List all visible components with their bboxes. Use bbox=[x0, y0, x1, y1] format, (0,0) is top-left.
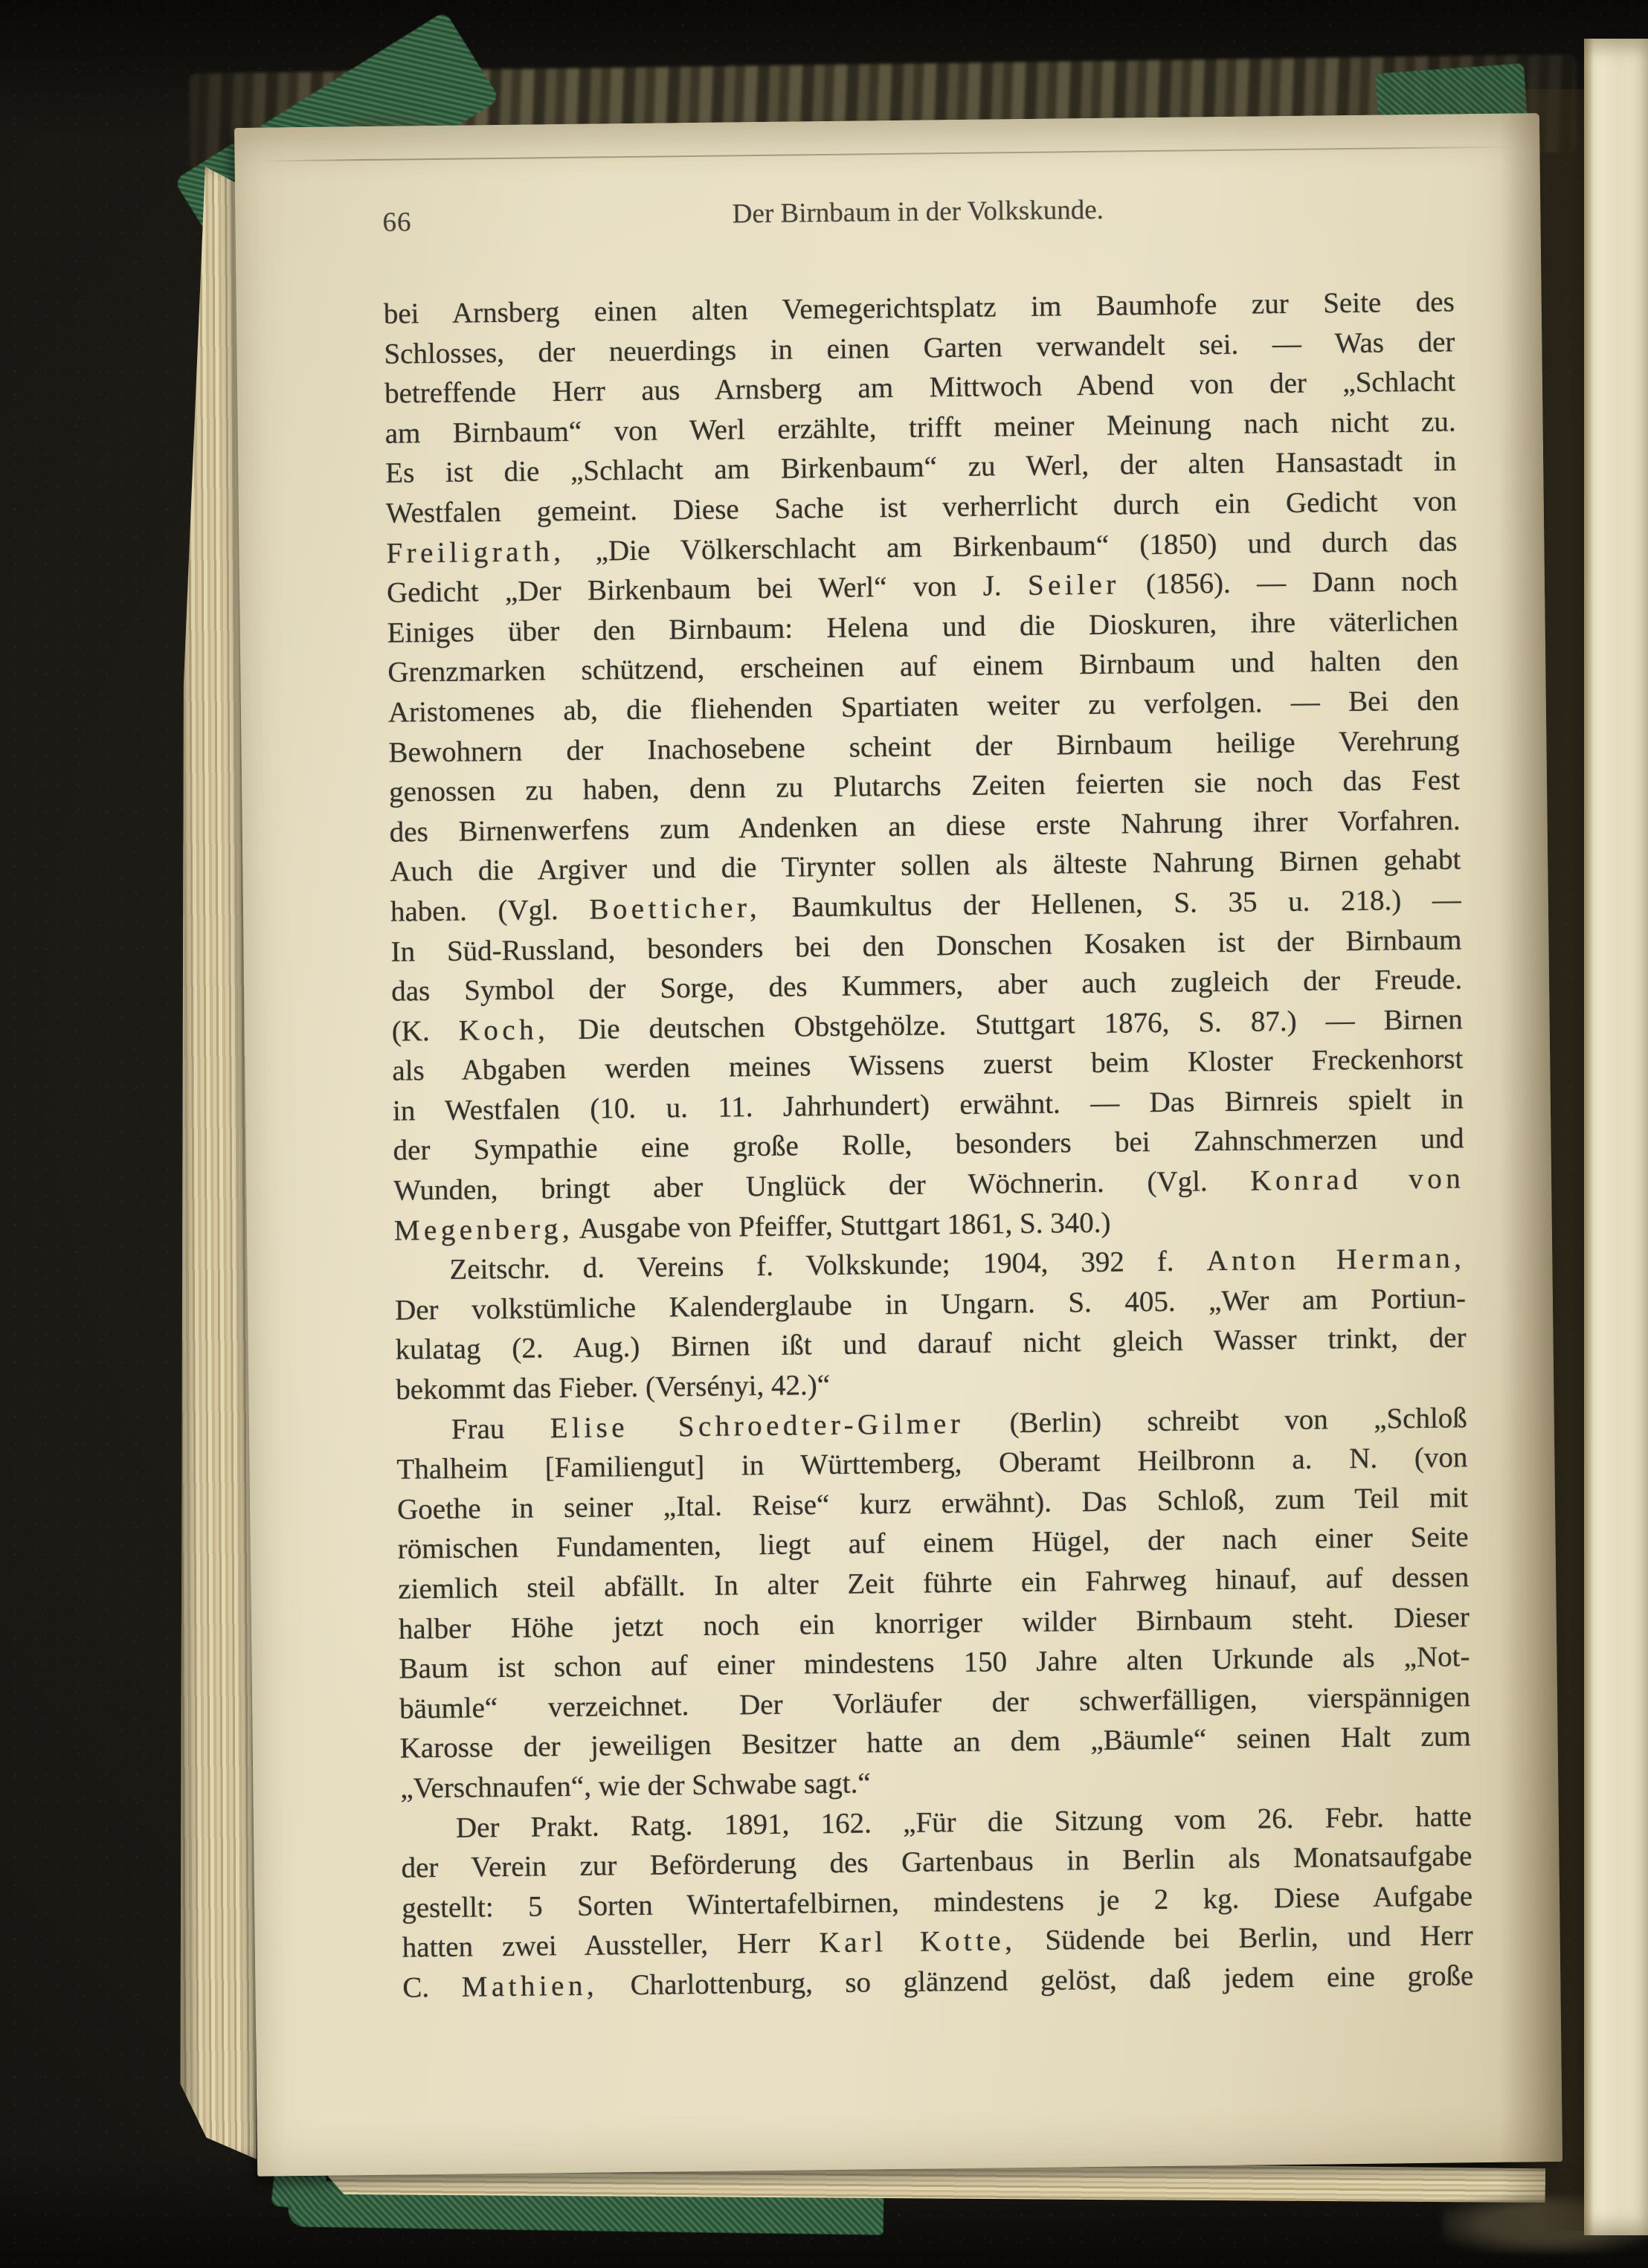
letterspaced-name: Anton Herman, bbox=[1206, 1243, 1465, 1278]
text-run: „Die Völkerschlacht am Birkenbaum“ (1850… bbox=[564, 525, 1458, 567]
text-run: bekommt das Fieber. (Versényi, 42.)“ bbox=[396, 1369, 830, 1406]
letterspaced-name: Konrad von bbox=[1250, 1162, 1464, 1196]
text-run: haben. (Vgl. bbox=[390, 894, 590, 928]
text-run: Ausgabe von Pfeiffer, Stuttgart 1861, S.… bbox=[573, 1206, 1111, 1244]
letterspaced-name: Boetticher, bbox=[589, 892, 761, 926]
under-page-edge-line bbox=[261, 146, 1514, 161]
letterspaced-name: Elise Schroedter-Gilmer bbox=[550, 1408, 964, 1444]
book-page: 66 Der Birnbaum in der Volkskunde. bei A… bbox=[234, 113, 1562, 2177]
facing-page-sliver bbox=[1584, 39, 1648, 2235]
letterspaced-name: Seiler bbox=[1028, 569, 1120, 602]
text-run: hatten zwei Aussteller, Herr bbox=[402, 1927, 820, 1964]
text-run: C. bbox=[402, 1971, 462, 2004]
text-run: Südende bei Berlin, und Herr bbox=[1016, 1920, 1473, 1957]
text-run: Frau bbox=[451, 1412, 550, 1446]
letterspaced-name: Mathien, bbox=[461, 1970, 598, 2003]
letterspaced-name: Koch, bbox=[458, 1014, 549, 1046]
text-run: Baumkultus der Hellenen, S. 35 u. 218.) … bbox=[761, 883, 1461, 924]
text-run: Aristomenes ab, die fliehenden Spartiate… bbox=[388, 684, 1459, 728]
text-run: (1856). — Dann noch bbox=[1119, 565, 1458, 601]
text-run: Der Prakt. Ratg. 1891, 162. „Für die Sit… bbox=[456, 1800, 1472, 1843]
running-title: Der Birnbaum in der Volkskunde. bbox=[382, 190, 1453, 233]
book-gutter-shadow bbox=[1499, 89, 1591, 2231]
text-run: (Berlin) schreibt von „Schloß bbox=[964, 1402, 1467, 1440]
page-header: 66 Der Birnbaum in der Volkskunde. bbox=[235, 193, 1540, 244]
text-run: Westfalen gemeint. Diese Sache ist verhe… bbox=[386, 485, 1457, 529]
text-run: Wunden, bringt aber Unglück der Wöchneri… bbox=[393, 1165, 1251, 1207]
text-run: Zeitschr. d. Vereins f. Volkskunde; 1904… bbox=[449, 1246, 1207, 1286]
letterspaced-name: Megenberg, bbox=[394, 1213, 574, 1247]
text-run: Die deutschen Obstgehölze. Stuttgart 187… bbox=[549, 1003, 1463, 1046]
book-photo-scene: 66 Der Birnbaum in der Volkskunde. bei A… bbox=[0, 0, 1648, 2268]
text-run: Charlottenburg, so glänzend gelöst, daß … bbox=[598, 1959, 1474, 2001]
letterspaced-name: Freiligrath, bbox=[386, 535, 564, 570]
text-run: Gedicht „Der Birkenbaum bei Werl“ von J. bbox=[387, 570, 1028, 609]
page-body-text: bei Arnsberg einen alten Vemegerichtspla… bbox=[384, 282, 1474, 2008]
letterspaced-name: Karl Kotte, bbox=[819, 1925, 1016, 1959]
text-run: kulatag (2. Aug.) Birnen ißt und darauf … bbox=[395, 1322, 1466, 1366]
text-run: Karosse der jeweiligen Besitzer hatte an… bbox=[399, 1721, 1470, 1765]
text-run: „Verschnaufen“, wie der Schwabe sagt.“ bbox=[400, 1767, 871, 1804]
text-run: (K. bbox=[392, 1014, 459, 1047]
